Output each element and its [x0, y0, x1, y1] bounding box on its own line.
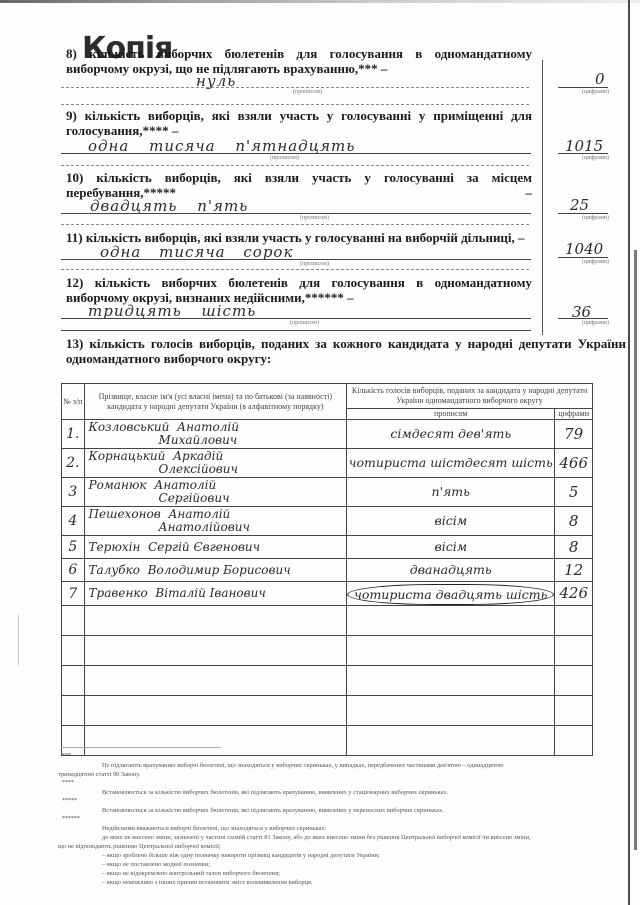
candidate-surname: Пешехонов	[89, 507, 161, 521]
candidate-name-cell: Талубко Володимир Борисович	[84, 559, 347, 582]
question-8-digits-caption: (цифрами)	[582, 89, 609, 95]
candidate-votes-words-cell: вісім	[347, 507, 555, 536]
candidate-given-name: Віталій Іванович	[155, 586, 265, 600]
candidate-votes-digits-cell: 8	[555, 536, 593, 559]
candidate-number-text: 1.	[66, 426, 79, 442]
candidate-votes-words-cell: вісім	[347, 536, 555, 559]
candidate-number: 5	[62, 536, 85, 559]
candidate-votes-digits: 8	[569, 538, 579, 556]
candidate-votes-digits-cell: 426	[555, 582, 593, 606]
empty-cell	[62, 696, 85, 726]
candidate-number: 4	[62, 507, 85, 536]
question-9-words-caption: (прописом)	[270, 155, 299, 161]
footnote-list-item: – якщо не поставлено жодної позначки;	[58, 860, 618, 869]
candidate-votes-digits: 79	[564, 425, 583, 443]
header-votes: Кількість голосів виборців, поданих за к…	[347, 384, 593, 409]
candidate-patronymic: Михайлович	[89, 434, 347, 447]
separator	[61, 269, 531, 270]
candidate-patronymic: Олексійович	[89, 463, 347, 476]
question-8-digits: 0	[595, 70, 605, 88]
scan-left-mark	[18, 615, 19, 665]
footnote-list-item: – якщо зроблено більше ніж одну позначку…	[58, 851, 618, 860]
table-row-empty	[62, 726, 593, 756]
empty-cell	[84, 636, 347, 666]
candidate-votes-digits-cell: 5	[555, 478, 593, 507]
empty-cell	[84, 666, 347, 696]
candidate-given-name: Сергій Євгенович	[148, 540, 260, 554]
question-9-line	[61, 153, 531, 154]
candidate-given-name: Аркадій	[173, 449, 223, 463]
candidate-number: 6	[62, 559, 85, 582]
question-9-digits-caption: (цифрами)	[582, 155, 609, 161]
question-12-digits-caption: (цифрами)	[582, 320, 609, 326]
footnotes: ***Не підлягають врахуванню виборчі бюле…	[58, 752, 618, 887]
footnote: ***Не підлягають врахуванню виборчі бюле…	[58, 752, 618, 779]
empty-cell	[347, 666, 555, 696]
candidate-surname: Травенко	[89, 586, 148, 600]
candidate-name-cell: Корнацький АркадійОлексійович	[84, 449, 347, 478]
separator	[61, 224, 531, 225]
empty-cell	[84, 726, 347, 756]
candidate-name-cell: Романюк АнатолійСергійович	[84, 478, 347, 507]
candidate-number: 2.	[62, 449, 85, 478]
candidate-given-name: Володимир Борисович	[148, 563, 291, 577]
candidate-number: 3	[62, 478, 85, 507]
empty-cell	[347, 606, 555, 636]
empty-cell	[62, 606, 85, 636]
candidate-votes-words: вісім	[434, 513, 467, 528]
header-votes-words: прописом	[347, 409, 555, 420]
candidate-votes-digits-cell: 12	[555, 559, 593, 582]
separator	[61, 104, 531, 105]
empty-cell	[555, 606, 593, 636]
empty-cell	[555, 666, 593, 696]
candidate-surname: Романюк	[89, 478, 147, 492]
separator	[61, 330, 531, 331]
candidate-votes-words-cell: чотириста двадцять шість	[347, 582, 555, 606]
question-8-line	[61, 87, 531, 88]
table-row: 3Романюк АнатолійСергійовичп'ять5	[62, 478, 593, 507]
candidate-name-cell: Козловський АнатолійМихайлович	[84, 420, 347, 449]
candidate-number-text: 2.	[66, 455, 79, 471]
footnote-stars: ******	[58, 815, 618, 824]
question-11-words-caption: (прописом)	[300, 261, 329, 267]
footnote: *****Встановлюється за кількістю виборчи…	[58, 797, 618, 815]
candidate-patronymic: Сергійович	[89, 492, 347, 505]
candidate-surname: Талубко	[89, 563, 140, 577]
table-row: 2.Корнацький АркадійОлексійовиччотириста…	[62, 449, 593, 478]
table-row: 4Пешехонов АнатолійАнатолійовичвісім8	[62, 507, 593, 536]
question-8-digits-line	[558, 87, 608, 88]
candidate-votes-words: сімдесят дев'ять	[390, 426, 511, 441]
candidate-votes-digits: 8	[569, 512, 579, 530]
scan-binding-mark	[634, 250, 637, 850]
digits-column-divider	[542, 60, 543, 335]
candidate-number-text: 7	[68, 586, 77, 602]
candidate-votes-words-cell: сімдесят дев'ять	[347, 420, 555, 449]
empty-cell	[555, 696, 593, 726]
candidate-name-cell: Травенко Віталій Іванович	[84, 582, 347, 606]
footnote-list-intro: до яких не внесено зміни, зазначені у ча…	[58, 833, 618, 842]
footnote-text: Недійсними вважаються виборчі бюлетені, …	[58, 824, 618, 833]
question-10-text: 10) кількість виборців, які взяли участь…	[66, 170, 532, 200]
candidate-surname: Корнацький	[89, 449, 166, 463]
candidate-votes-digits: 426	[559, 584, 588, 602]
candidate-patronymic: Анатолійович	[89, 521, 347, 534]
candidate-name-cell: Пешехонов АнатолійАнатолійович	[84, 507, 347, 536]
question-11-digits-line	[558, 257, 608, 258]
footnote-stars: ****	[58, 779, 618, 788]
empty-cell	[347, 726, 555, 756]
table-row: 1.Козловський АнатолійМихайловичсімдесят…	[62, 420, 593, 449]
question-11-line	[61, 259, 531, 260]
footnote-list-intro-cont: що не відповідають рішенню Центральної в…	[58, 842, 618, 851]
candidate-number-text: 4	[68, 513, 77, 529]
table-row: 6Талубко Володимир Борисовичдванадцять12	[62, 559, 593, 582]
candidate-number-text: 6	[68, 562, 77, 578]
candidate-votes-digits: 12	[564, 561, 583, 579]
candidate-votes-digits-cell: 466	[555, 449, 593, 478]
empty-cell	[84, 606, 347, 636]
candidate-votes-words: дванадцять	[410, 562, 492, 577]
candidate-votes-digits: 5	[569, 483, 579, 501]
question-10-digits-caption: (цифрами)	[582, 215, 609, 221]
candidate-votes-words: п'ять	[432, 484, 470, 499]
candidate-votes-words-cell: чотириста шістдесят шість	[347, 449, 555, 478]
question-10-line	[61, 213, 531, 214]
footnote-stars: *****	[58, 797, 618, 806]
question-12-digits-line	[558, 318, 608, 319]
empty-cell	[62, 726, 85, 756]
header-candidate-name: Прізвище, власне ім'я (усі власні імена)…	[84, 384, 347, 420]
candidates-table: № з/п Прізвище, власне ім'я (усі власні …	[61, 383, 593, 756]
candidate-given-name: Анатолій	[154, 478, 216, 492]
empty-cell	[555, 726, 593, 756]
question-11-digits: 1040	[565, 240, 603, 258]
candidate-votes-digits: 466	[559, 454, 588, 472]
candidate-votes-digits-cell: 8	[555, 507, 593, 536]
table-row-empty	[62, 636, 593, 666]
footnote: ****Встановлюється за кількістю виборчих…	[58, 779, 618, 797]
question-10-digits: 25	[570, 196, 589, 214]
candidate-name-line-1: Терюхін Сергій Євгенович	[89, 541, 347, 554]
candidate-given-name: Анатолій	[177, 420, 239, 434]
candidate-given-name: Анатолій	[168, 507, 230, 521]
candidate-votes-words: чотириста двадцять шість	[347, 584, 554, 605]
scan-right-edge	[628, 0, 630, 905]
candidate-votes-words: чотириста шістдесят шість	[349, 455, 553, 470]
footnote-text: Встановлюється за кількістю виборчих бюл…	[58, 788, 618, 797]
footnote-text-cont: тринадцятою статті 90 Закону.	[58, 770, 618, 779]
candidate-number: 7	[62, 582, 85, 606]
empty-cell	[347, 636, 555, 666]
question-9-text: 9) кількість виборців, які взяли участь …	[66, 108, 532, 138]
footnote-text: Не підлягають врахуванню виборчі бюлетен…	[58, 761, 618, 770]
table-row-empty	[62, 606, 593, 636]
candidate-surname: Козловський	[89, 420, 170, 434]
candidate-name-line-1: Травенко Віталій Іванович	[89, 587, 347, 600]
header-votes-digits: цифрами	[555, 409, 593, 420]
scan-top-edge	[0, 0, 640, 3]
table-row: 5Терюхін Сергій Євгеновичвісім8	[62, 536, 593, 559]
section-13-title: 13) кількість голосів виборців, поданих …	[66, 336, 626, 366]
question-9-digits-line	[558, 153, 608, 154]
candidate-number: 1.	[62, 420, 85, 449]
question-8-words-caption: (прописом)	[293, 89, 322, 95]
candidate-surname: Терюхін	[89, 540, 141, 554]
empty-cell	[62, 666, 85, 696]
candidate-votes-words: вісім	[434, 539, 467, 554]
candidate-votes-words-cell: дванадцять	[347, 559, 555, 582]
table-row-empty	[62, 666, 593, 696]
empty-cell	[555, 636, 593, 666]
question-10-digits-line	[558, 213, 608, 214]
footnote-stars: ***	[58, 752, 618, 761]
footnote-list-item: – якщо неможливо з інших причин встанови…	[58, 878, 618, 887]
footnote-text: Встановлюється за кількістю виборчих бюл…	[58, 806, 618, 815]
candidate-name-cell: Терюхін Сергій Євгенович	[84, 536, 347, 559]
table-header-row: № з/п Прізвище, власне ім'я (усі власні …	[62, 384, 593, 409]
table-row-empty	[62, 696, 593, 726]
question-10-words-caption: (прописом)	[300, 215, 329, 221]
question-12-text: 12) кількість виборчих бюлетенів для гол…	[66, 275, 532, 305]
question-11-digits-caption: (цифрами)	[582, 259, 609, 265]
footnote-list-item: – якщо не відокремлено контрольний талон…	[58, 869, 618, 878]
copy-stamp: Копія	[82, 31, 172, 66]
candidate-number-text: 5	[68, 539, 77, 555]
question-12-line	[61, 318, 531, 319]
footnote-separator	[61, 747, 221, 748]
candidate-votes-digits-cell: 79	[555, 420, 593, 449]
empty-cell	[62, 636, 85, 666]
empty-cell	[347, 696, 555, 726]
candidate-votes-words-cell: п'ять	[347, 478, 555, 507]
header-number: № з/п	[62, 384, 85, 420]
empty-cell	[84, 696, 347, 726]
separator	[61, 165, 531, 166]
table-row: 7Травенко Віталій Івановиччотириста двад…	[62, 582, 593, 606]
candidate-name-line-1: Талубко Володимир Борисович	[89, 564, 347, 577]
footnote: ******Недійсними вважаються виборчі бюле…	[58, 815, 618, 833]
candidate-number-text: 3	[68, 484, 77, 500]
question-12-words-caption: (прописом)	[290, 320, 319, 326]
